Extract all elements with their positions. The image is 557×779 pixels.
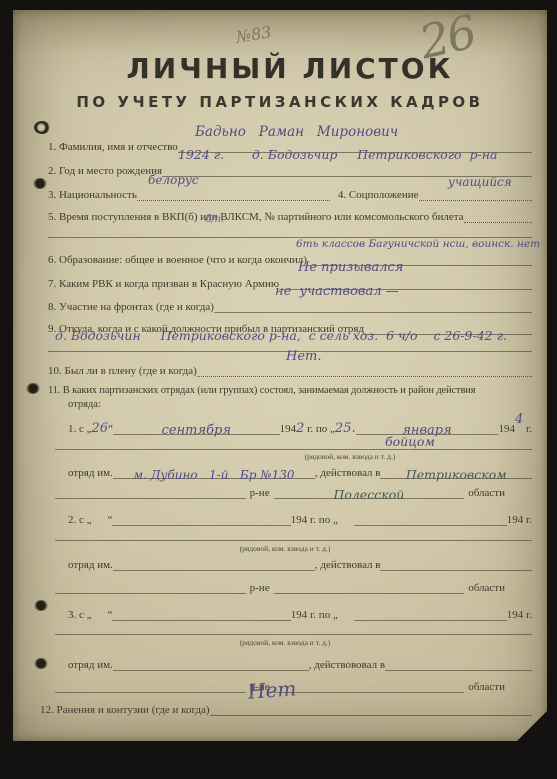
service-entry-2-otryad: отряд им. , действовал в — [68, 555, 532, 571]
ink-blot — [34, 658, 48, 669]
entry-1-otryad-handwritten: м. Дубино 1-й Бр №130 — [133, 469, 294, 481]
field-social-line — [419, 200, 533, 201]
entry-3-role-caption: (рядовой, ком. взвода и т. д.) — [205, 638, 365, 647]
entry-2-acted-label: , действовал в — [315, 559, 381, 571]
service-entry-3-dates: 3. с „ “ 194 г. по „ 194 г. — [68, 603, 532, 621]
service-entry-2-dates: 2. с „ “ 194 г. по „ 194 г. — [68, 508, 532, 526]
service-entry-3-otryad: отряд им. , действововал в — [68, 655, 532, 671]
entry-2-number-label: 2. с „ — [68, 514, 92, 526]
field-fronts-label: 8. Участие на фронтах (где и когда) — [48, 301, 214, 313]
entry-1-oblast-handwritten: Полесской — [333, 489, 404, 502]
entry-1-year-from-printed: 194 — [280, 423, 297, 435]
entry-2-month-to-line — [354, 525, 507, 526]
entry-2-region-line1 — [55, 593, 246, 594]
field-party: 5. Время поступления в ВКП(б) или ВЛКСМ,… — [48, 207, 532, 223]
entry-1-month-from-handwritten: сентября — [162, 424, 231, 437]
service-entry-1-dates: 1. с „ 26 “ сентября 194 2 г. по „ 25. я… — [68, 417, 532, 435]
entry-2-oblast-label: области — [468, 582, 505, 594]
entry-3-number-label: 3. с „ — [68, 609, 92, 621]
field-party-label: 5. Время поступления в ВКП(б) или ВЛКСМ,… — [48, 211, 464, 223]
entry-3-acted-line — [385, 670, 532, 671]
entry-3-po-label: г. по „ — [307, 609, 338, 621]
entry-1-role-handwritten: бойцом — [385, 436, 435, 449]
entry-1-region-line1 — [55, 498, 246, 499]
entry-3-otryad-line — [113, 670, 309, 671]
entry-3-region-line2 — [274, 692, 465, 693]
entry-3-role-underline — [55, 634, 532, 635]
entry-1-role-underline — [55, 449, 532, 450]
service-entry-1-region: р-не Полесской области — [55, 483, 505, 499]
captivity-handwritten: Нет. — [286, 350, 322, 363]
entry-2-otryad-line — [113, 570, 315, 571]
entry-1-month-from-line: сентября — [113, 424, 280, 435]
field-party-line2 — [48, 224, 532, 238]
scanned-document: №83 26 ЛИЧНЫЙ ЛИСТОК ПО УЧЕТУ ПАРТИЗАНСК… — [0, 0, 557, 779]
punch-hole — [34, 121, 50, 134]
wounds-handwritten: Нет — [247, 678, 297, 701]
entry-2-role-underline — [55, 540, 532, 541]
entry-2-acted-line — [380, 570, 532, 571]
entry-3-otryad-label: отряд им. — [68, 659, 113, 671]
nationality-handwritten: белорус — [148, 174, 199, 186]
service-intro-line1: 11. В каких партизанских отрядах (или гр… — [48, 385, 536, 396]
entry-3-acted-label: , действововал в — [309, 659, 385, 671]
entry-2-year-from-printed: 194 — [291, 514, 308, 526]
education-handwritten: 6ть классов Багуничской нсш, воинск. нет — [296, 239, 540, 250]
entry-1-rne-label: р-не — [250, 487, 270, 499]
entry-1-otryad-line: м. Дубино 1-й Бр №130 — [113, 469, 315, 479]
entry-1-day-to-handwritten: 25. — [335, 422, 356, 435]
field-captivity-label: 10. Был ли в плену (где и когда) — [48, 365, 197, 377]
entry-3-region-line1 — [55, 692, 246, 693]
field-birth-label: 2. Год и место рождения — [48, 165, 162, 177]
entry-1-acted-line: Петриковском — [380, 469, 532, 480]
field-education: 6. Образование: общее и военное (что и к… — [48, 250, 532, 266]
field-captivity-line — [197, 376, 532, 377]
rvk-handwritten: Не призывался — [298, 261, 403, 274]
field-social-label: 4. Соцположение — [338, 189, 419, 201]
ink-blot — [26, 383, 40, 394]
entry-1-acted-handwritten: Петриковском — [406, 469, 507, 482]
entry-1-day-from-handwritten: 26 — [92, 422, 109, 435]
field-party-line — [464, 222, 532, 223]
field-wounds-label: 12. Ранения и контузии (где и когда) — [40, 704, 210, 716]
entry-3-year-suffix-label: г. — [523, 609, 532, 621]
entry-3-year-to-printed: 194 — [507, 609, 524, 621]
entry-1-number-label: 1. с „ — [68, 423, 92, 435]
ink-blot — [34, 600, 48, 611]
entry-2-po-label: г. по „ — [307, 514, 338, 526]
service-entry-3-role-line — [55, 622, 532, 635]
form-title: ЛИЧНЫЙ ЛИСТОК — [70, 52, 510, 85]
entry-1-otryad-label: отряд им. — [68, 467, 113, 479]
field-wounds-line — [210, 715, 532, 716]
surname-handwritten: Бадьно Раман Миронович — [195, 126, 398, 140]
entry-2-region-line2 — [274, 593, 465, 594]
service-entry-2-role-line — [55, 528, 532, 541]
field-fronts-line — [214, 312, 532, 313]
entry-3-month-to-line — [354, 620, 507, 621]
ink-blot — [33, 178, 47, 189]
birth-handwritten: 1924 г. д. Бодозьчир Петриковского р-на — [178, 149, 497, 162]
form-subtitle: ПО УЧЕТУ ПАРТИЗАНСКИХ КАДРОВ — [40, 93, 520, 111]
fronts-handwritten: не участвовал — — [275, 285, 399, 298]
service-entry-2-region: р-не области — [55, 578, 505, 594]
entry-2-otryad-label: отряд им. — [68, 559, 113, 571]
entry-1-po-label: г. по „ — [304, 423, 335, 435]
entry-1-year-to-handwritten: 4 — [515, 413, 523, 426]
entry-1-year-from-handwritten: 2 — [296, 422, 304, 435]
field-nationality-line — [137, 200, 330, 201]
field-surname-label: 1. Фамилия, имя и отчество — [48, 141, 178, 153]
service-entry-1-role-line — [55, 437, 532, 450]
social-handwritten: учащийся — [448, 176, 512, 188]
service-intro-line2: отряда: — [68, 399, 101, 410]
service-entry-1-otryad: отряд им. м. Дубино 1-й Бр №130 , действ… — [68, 463, 532, 479]
field-fronts: 8. Участие на фронтах (где и когда) — [48, 297, 532, 313]
field-wounds: 12. Ранения и контузии (где и когда) — [40, 700, 532, 716]
entry-1-year-suffix-label: г. — [523, 423, 532, 435]
entry-3-oblast-label: области — [468, 681, 505, 693]
field-nationality-label: 3. Национальность — [48, 189, 137, 201]
entry-2-year-to-printed: 194 — [507, 514, 524, 526]
field-education-label: 6. Образование: общее и военное (что и к… — [48, 254, 307, 266]
party-handwritten: б/п. — [205, 215, 224, 225]
entry-2-year-suffix-label: г. — [523, 514, 532, 526]
entry-2-rne-label: р-не — [250, 582, 270, 594]
entry-3-year-from-printed: 194 — [291, 609, 308, 621]
field-rvk-label: 7. Каким РВК и когда призван в Красную А… — [48, 278, 279, 290]
entry-1-oblast-label: области — [468, 487, 505, 499]
entry-1-region-line2: Полесской — [274, 489, 465, 500]
entry-2-month-from-line — [112, 525, 290, 526]
entry-1-year-to-printed: 194 — [498, 423, 515, 435]
entry-2-role-caption: (рядовой, ком. взвода и т. д.) — [205, 544, 365, 553]
entry-1-role-caption: (рядовой, ком. взвода и т. д.) — [275, 452, 425, 461]
entry-1-acted-label: , действовал в — [315, 467, 381, 479]
entry-3-month-from-line — [112, 620, 290, 621]
